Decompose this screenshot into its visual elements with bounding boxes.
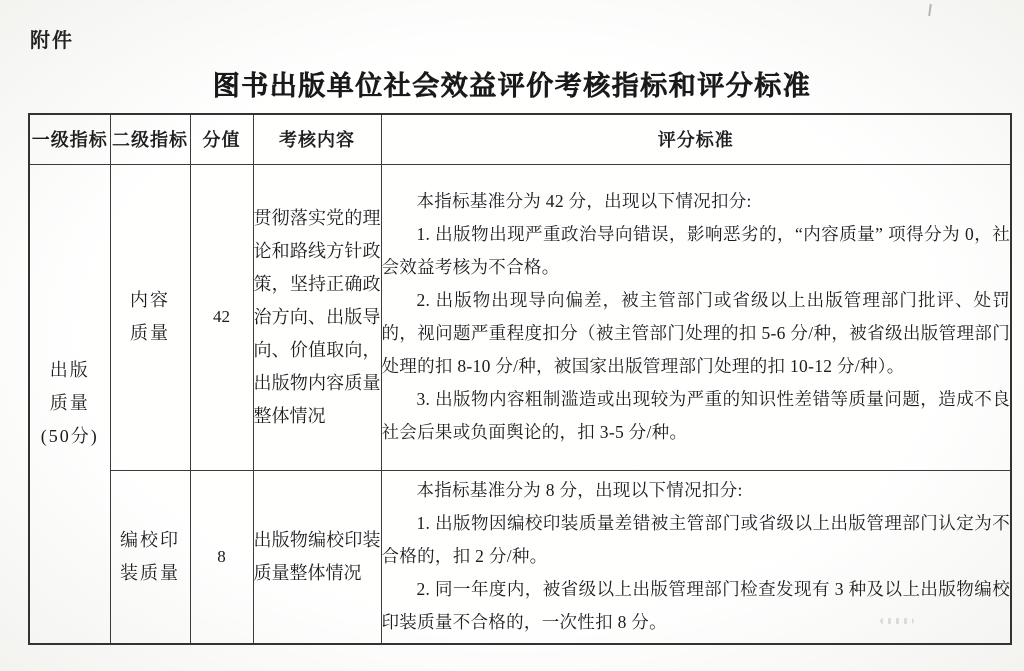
cell-level2-content-quality: 内容 质量 — [110, 164, 190, 470]
standard-paragraph: 2. 出版物出现导向偏差，被主管部门或省级以上出版管理部门批评、处罚的，视问题严… — [382, 284, 1011, 383]
cell-score-editing-printing-quality: 8 — [190, 470, 253, 644]
standard-paragraph: 1. 出版物因编校印装质量差错被主管部门或省级以上出版管理部门认定为不合格的，扣… — [382, 507, 1011, 573]
table-row-content-quality: 出版 质量 (50分) 内容 质量 42 贯彻落实党的理论和路线方针政策，坚持正… — [29, 164, 1011, 470]
attachment-label: 附件 — [30, 24, 74, 53]
cell-level2-editing-printing-quality: 编校印 装质量 — [110, 470, 190, 644]
page-title: 图书出版单位社会效益评价考核指标和评分标准 — [0, 64, 1024, 103]
table-row-editing-printing-quality: 编校印 装质量 8 出版物编校印装质量整体情况 本指标基准分为 8 分，出现以下… — [29, 470, 1011, 644]
table-header-row: 一级指标 二级指标 分值 考核内容 评分标准 — [29, 114, 1011, 164]
col-header-level2-indicator: 二级指标 — [110, 114, 190, 164]
scan-artifact-tick — [928, 4, 932, 16]
cell-level1-publishing-quality: 出版 质量 (50分) — [29, 164, 110, 644]
standard-paragraph: 本指标基准分为 42 分，出现以下情况扣分: — [382, 185, 1011, 218]
cell-standard-content-quality: 本指标基准分为 42 分，出现以下情况扣分: 1. 出版物出现严重政治导向错误，… — [381, 164, 1011, 470]
standard-paragraph: 1. 出版物出现严重政治导向错误，影响恶劣的，“内容质量” 项得分为 0，社会效… — [382, 218, 1011, 284]
standard-paragraph: 本指标基准分为 8 分，出现以下情况扣分: — [382, 474, 1011, 507]
standard-paragraph: 2. 同一年度内，被省级以上出版管理部门检查发现有 3 种及以上出版物编校印装质… — [382, 573, 1011, 639]
cell-score-content-quality: 42 — [190, 164, 253, 470]
col-header-level1-indicator: 一级指标 — [29, 114, 110, 164]
col-header-assessment-content: 考核内容 — [253, 114, 381, 164]
standard-paragraph: 3. 出版物内容粗制滥造或出现较为严重的知识性差错等质量问题，造成不良社会后果或… — [382, 383, 1011, 449]
col-header-score: 分值 — [190, 114, 253, 164]
cell-assessment-content-quality: 贯彻落实党的理论和路线方针政策，坚持正确政治方向、出版导向、价值取向，出版物内容… — [253, 164, 381, 470]
cell-assessment-editing-printing: 出版物编校印装质量整体情况 — [253, 470, 381, 644]
evaluation-table: 一级指标 二级指标 分值 考核内容 评分标准 出版 质量 (50分) 内容 质量… — [28, 113, 1012, 645]
cell-standard-editing-printing: 本指标基准分为 8 分，出现以下情况扣分: 1. 出版物因编校印装质量差错被主管… — [381, 470, 1011, 644]
scan-artifact-dots — [880, 618, 914, 624]
col-header-scoring-standard: 评分标准 — [381, 114, 1011, 164]
document-page: 附件 图书出版单位社会效益评价考核指标和评分标准 一级指标 二级指标 分值 考核… — [0, 0, 1024, 671]
